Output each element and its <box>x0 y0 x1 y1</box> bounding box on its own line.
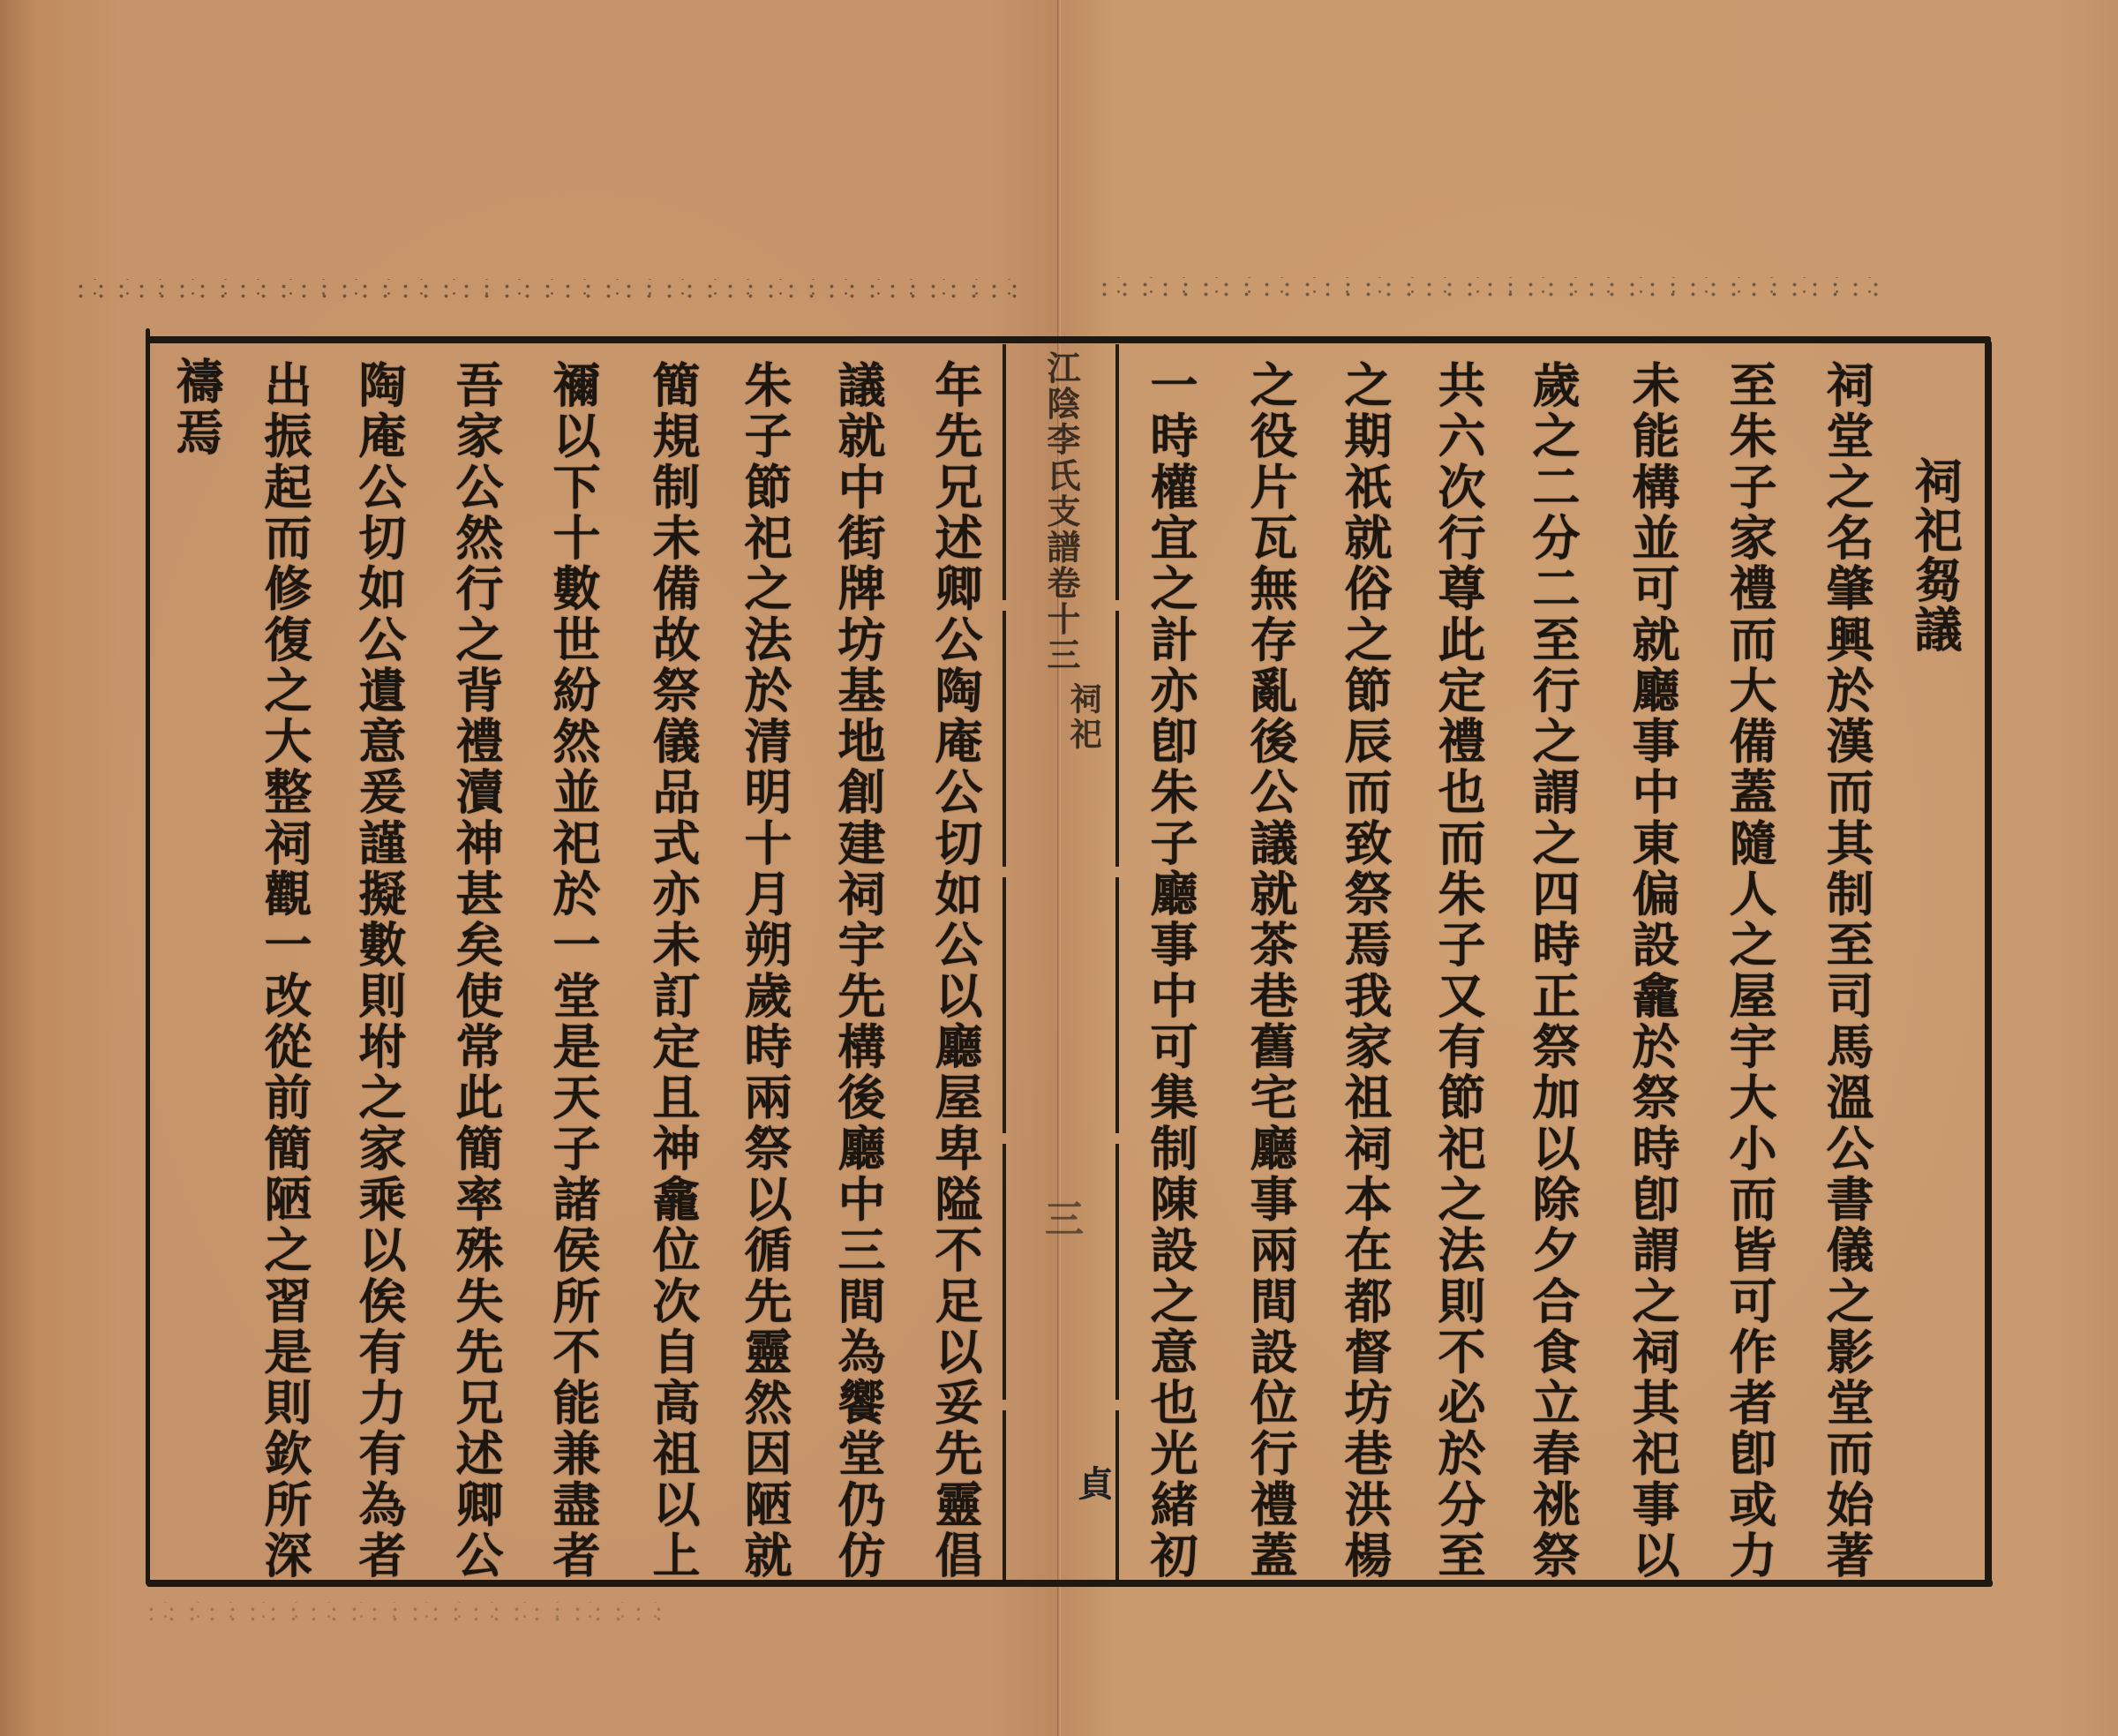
text-column-final: 禱焉 <box>169 357 224 459</box>
bottom-mark: 貞 <box>1073 1465 1112 1500</box>
ink-specks-top-left <box>71 279 1024 302</box>
center-column-right-rule <box>1115 344 1119 1580</box>
left-page <box>0 0 1058 1736</box>
text-column: 之期祇就俗之節辰而致祭焉我家祖祠本在都督坊巷洪楊 <box>1338 360 1393 1578</box>
text-column: 吾家公然行之背禮瀆神甚矣使常此簡率殊失先兄述卿公 <box>449 360 504 1578</box>
text-column: 禰以下十數世紛然並祀於一堂是天子諸侯所不能兼盡者 <box>546 360 601 1578</box>
text-column: 歲之二分二至行之謂之四時正祭加以除夕合食立春祧祭 <box>1526 360 1581 1578</box>
frame-top-rule <box>146 336 1991 343</box>
text-column: 陶庵公切如公遺意爰謹擬數則坿之家乘以俟有力有為者 <box>352 360 407 1578</box>
text-column: 共六次行尊此定禮也而朱子又有節祀之法則不必於分至 <box>1431 360 1486 1578</box>
ink-specks-top-right <box>1094 277 1889 300</box>
frame-right-rule <box>1985 341 1992 1585</box>
frame-bottom-rule <box>146 1580 1993 1587</box>
text-column: 朱子節祀之法於清明十月朔歲時兩祭以循先靈然因陋就 <box>738 360 792 1578</box>
essay-title: 祠祀芻議 <box>1908 456 1963 654</box>
center-column-left-rule <box>1003 344 1006 1580</box>
frame-left-rule <box>146 328 150 1585</box>
text-column: 議就中街牌坊基地創建祠宇先構後廳中三間為饗堂仍仿 <box>831 360 886 1578</box>
text-column: 之役片瓦無存亂後公議就茶巷舊宅廳事兩間設位行禮蓋 <box>1243 360 1298 1578</box>
page-number: 三 <box>1040 1199 1080 1237</box>
text-column: 簡規制未備故祭儀品式亦未訂定且神龕位次自高祖以上 <box>646 360 701 1578</box>
text-column: 年先兄述卿公陶庵公切如公以廳屋卑隘不足以妥先靈倡 <box>928 360 983 1578</box>
book-title: 江陰李氏支譜卷十三 <box>1041 350 1080 671</box>
book-fold <box>1057 0 1061 1736</box>
section-name: 祠祀 <box>1064 682 1103 753</box>
ink-specks-bottom <box>141 1602 671 1625</box>
right-page <box>1060 0 2118 1736</box>
text-column: 一時權宜之計亦卽朱子廳事中可集制陳設之意也光緒初 <box>1144 360 1198 1578</box>
text-column: 未能構並可就廳事中東偏設龕於祭時卽謂之祠其祀事以 <box>1626 360 1680 1578</box>
text-column: 至朱子家禮而大備蓋隨人之屋宇大小而皆可作者卽或力 <box>1723 360 1777 1578</box>
text-column: 出振起而修復之大整祠觀一改從前簡陋之習是則欽所深 <box>258 360 312 1578</box>
text-column: 祠堂之名肇興於漢而其制至司馬溫公書儀之影堂而始著 <box>1820 360 1874 1578</box>
